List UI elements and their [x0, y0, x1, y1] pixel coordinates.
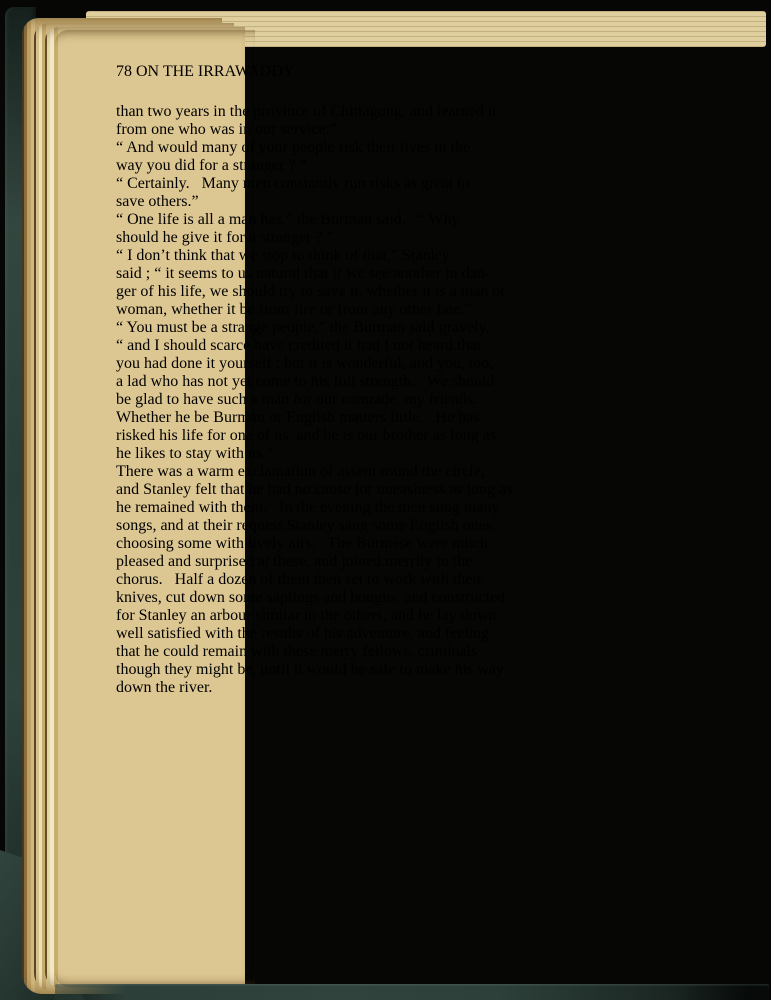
text-line: from one who was in our service.”: [116, 121, 512, 139]
text-line: risked his life for one of us, and he is…: [116, 427, 512, 445]
text-line: save others.”: [116, 193, 512, 211]
paragraph: “ I don’t think that we stop to think of…: [116, 247, 512, 319]
book-scan-photo: 78 ON THE IRRAWADDY than two years in th…: [0, 0, 771, 1000]
text-line: way you did for a stranger ? ”: [116, 157, 512, 175]
text-line: that he could remain with these merry fe…: [116, 643, 512, 661]
text-line: he likes to stay with us.”: [116, 445, 512, 463]
text-line: and Stanley felt that he had no cause fo…: [116, 481, 512, 499]
text-line: a lad who has not yet come to his full s…: [116, 373, 512, 391]
text-line: “ Certainly. Many men constantly run ris…: [116, 175, 512, 193]
running-title: ON THE IRRAWADDY: [136, 63, 294, 80]
paragraph: “ And would many of your people risk the…: [116, 139, 512, 175]
text-line: There was a warm exclamation of assent r…: [116, 463, 512, 481]
text-line: down the river.: [116, 679, 512, 697]
book-cover-bottom-edge: [55, 984, 769, 1000]
text-line: songs, and at their request Stanley sang…: [116, 517, 512, 535]
page-number: 78: [116, 63, 132, 80]
text-line: Whether he be Burman or English matters …: [116, 409, 512, 427]
paragraph: “ Certainly. Many men constantly run ris…: [116, 175, 512, 211]
text-line: he remained with them. In the evening th…: [116, 499, 512, 517]
text-line: “ You must be a strange people,” the Bur…: [116, 319, 512, 337]
page-header: 78 ON THE IRRAWADDY: [116, 63, 294, 81]
text-line: should he give it for a stranger ? ”: [116, 229, 512, 247]
text-line: than two years in the province of Chitta…: [116, 103, 512, 121]
text-line: for Stanley an arbour similar to the oth…: [116, 607, 512, 625]
paragraph: than two years in the province of Chitta…: [116, 103, 512, 139]
paragraph: “ You must be a strange people,” the Bur…: [116, 319, 512, 463]
text-line: pleased and surprised at these, and join…: [116, 553, 512, 571]
text-line: “ And would many of your people risk the…: [116, 139, 512, 157]
text-line: “ and I should scarce have credited it h…: [116, 337, 512, 355]
text-line: chorus. Half a dozen of them then set to…: [116, 571, 512, 589]
text-line: woman, whether it be from fire or from a…: [116, 301, 512, 319]
text-line: said ; “ it seems to us natural that if …: [116, 265, 512, 283]
paragraph: There was a warm exclamation of assent r…: [116, 463, 512, 697]
text-block: than two years in the province of Chitta…: [116, 103, 512, 697]
text-line: choosing some with lively airs. The Burm…: [116, 535, 512, 553]
text-line: though they might be, until it would be …: [116, 661, 512, 679]
text-line: “ One life is all a man has,” the Burman…: [116, 211, 512, 229]
paragraph: “ One life is all a man has,” the Burman…: [116, 211, 512, 247]
text-line: knives, cut down some saplings and bough…: [116, 589, 512, 607]
text-line: you had done it yourself ; but it is won…: [116, 355, 512, 373]
text-line: “ I don’t think that we stop to think of…: [116, 247, 512, 265]
text-line: ger of his life, we should try to save i…: [116, 283, 512, 301]
text-line: be glad to have such a man for our comra…: [116, 391, 512, 409]
text-line: well satisfied with the results of his a…: [116, 625, 512, 643]
